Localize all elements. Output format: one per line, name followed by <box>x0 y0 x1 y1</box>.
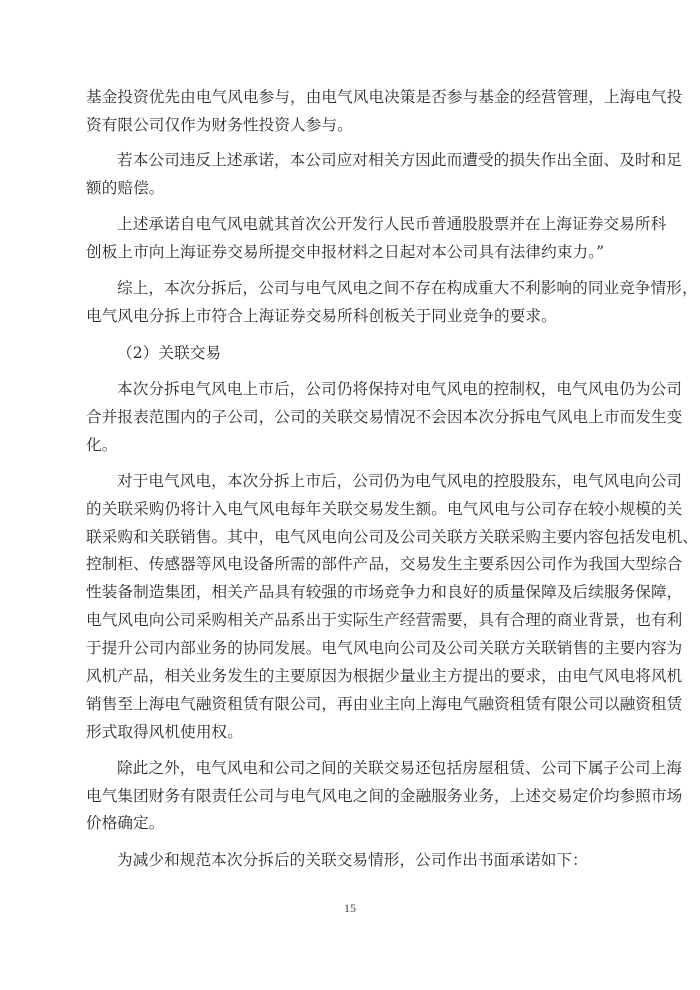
paragraph-line: 电气风电分拆上市符合上海证券交易所科创板关于同业竞争的要求。 <box>86 304 620 328</box>
paragraph-line: 性装备制造集团，相关产品具有较强的市场竞争力和良好的质量保障及后续服务保障， <box>86 580 620 604</box>
paragraph-line: 风机产品，相关业务发生的主要原因为根据少量业主方提出的要求，由电气风电将风机 <box>86 664 620 688</box>
section-heading: （2）关联交易 <box>117 341 651 365</box>
paragraph-line: 电气集团财务有限责任公司与电气风电之间的金融服务业务，上述交易定价均参照市场 <box>86 784 620 808</box>
paragraph-line: 对于电气风电，本次分拆上市后，公司仍为电气风电的控股股东，电气风电向公司 <box>117 469 620 493</box>
paragraph-line: 若本公司违反上述承诺，本公司应对相关方因此而遭受的损失作出全面、及时和足 <box>117 148 620 172</box>
paragraph-line: 的关联采购仍将计入电气风电每年关联交易发生额。电气风电与公司存在较小规模的关 <box>86 497 620 521</box>
paragraph-line: 销售至上海电气融资租赁有限公司，再由业主向上海电气融资租赁有限公司以融资租赁 <box>86 692 620 716</box>
paragraph-line: 额的赔偿。 <box>86 176 620 200</box>
paragraph-line: 综上，本次分拆后，公司与电气风电之间不存在构成重大不利影响的同业竞争情形， <box>117 276 620 300</box>
paragraph-line: 控制柜、传感器等风电设备所需的部件产品，交易发生主要系因公司作为我国大型综合 <box>86 552 620 576</box>
paragraph-line: 除此之外，电气风电和公司之间的关联交易还包括房屋租赁、公司下属子公司上海 <box>117 756 620 780</box>
paragraph-line: 价格确定。 <box>86 811 620 835</box>
paragraph-line: 联采购和关联销售。其中，电气风电向公司及公司关联方关联采购主要内容包括发电机、 <box>86 525 620 549</box>
paragraph-line: 形式取得风机使用权。 <box>86 720 620 744</box>
page-number: 15 <box>0 901 700 916</box>
paragraph-line: 于提升公司内部业务的协同发展。电气风电向公司及公司关联方关联销售的主要内容为 <box>86 636 620 660</box>
paragraph-line: 本次分拆电气风电上市后，公司仍将保持对电气风电的控制权，电气风电仍为公司 <box>117 377 620 401</box>
paragraph-line: 电气风电向公司采购相关产品系出于实际生产经营需要，具有合理的商业背景，也有利 <box>86 608 620 632</box>
paragraph-line: 基金投资优先由电气风电参与，由电气风电决策是否参与基金的经营管理，上海电气投 <box>86 85 620 109</box>
paragraph-line: 上述承诺自电气风电就其首次公开发行人民币普通股股票并在上海证券交易所科 <box>117 212 620 236</box>
paragraph-line: 为减少和规范本次分拆后的关联交易情形，公司作出书面承诺如下： <box>117 848 620 872</box>
paragraph-line: 资有限公司仅作为财务性投资人参与。 <box>86 113 620 137</box>
paragraph-line: 化。 <box>86 433 620 457</box>
paragraph-line: 合并报表范围内的子公司，公司的关联交易情况不会因本次分拆电气风电上市而发生变 <box>86 405 620 429</box>
paragraph-line: 创板上市向上海证券交易所提交申报材料之日起对本公司具有法律约束力。” <box>86 240 620 264</box>
document-page: 基金投资优先由电气风电参与，由电气风电决策是否参与基金的经营管理，上海电气投 资… <box>0 0 700 990</box>
